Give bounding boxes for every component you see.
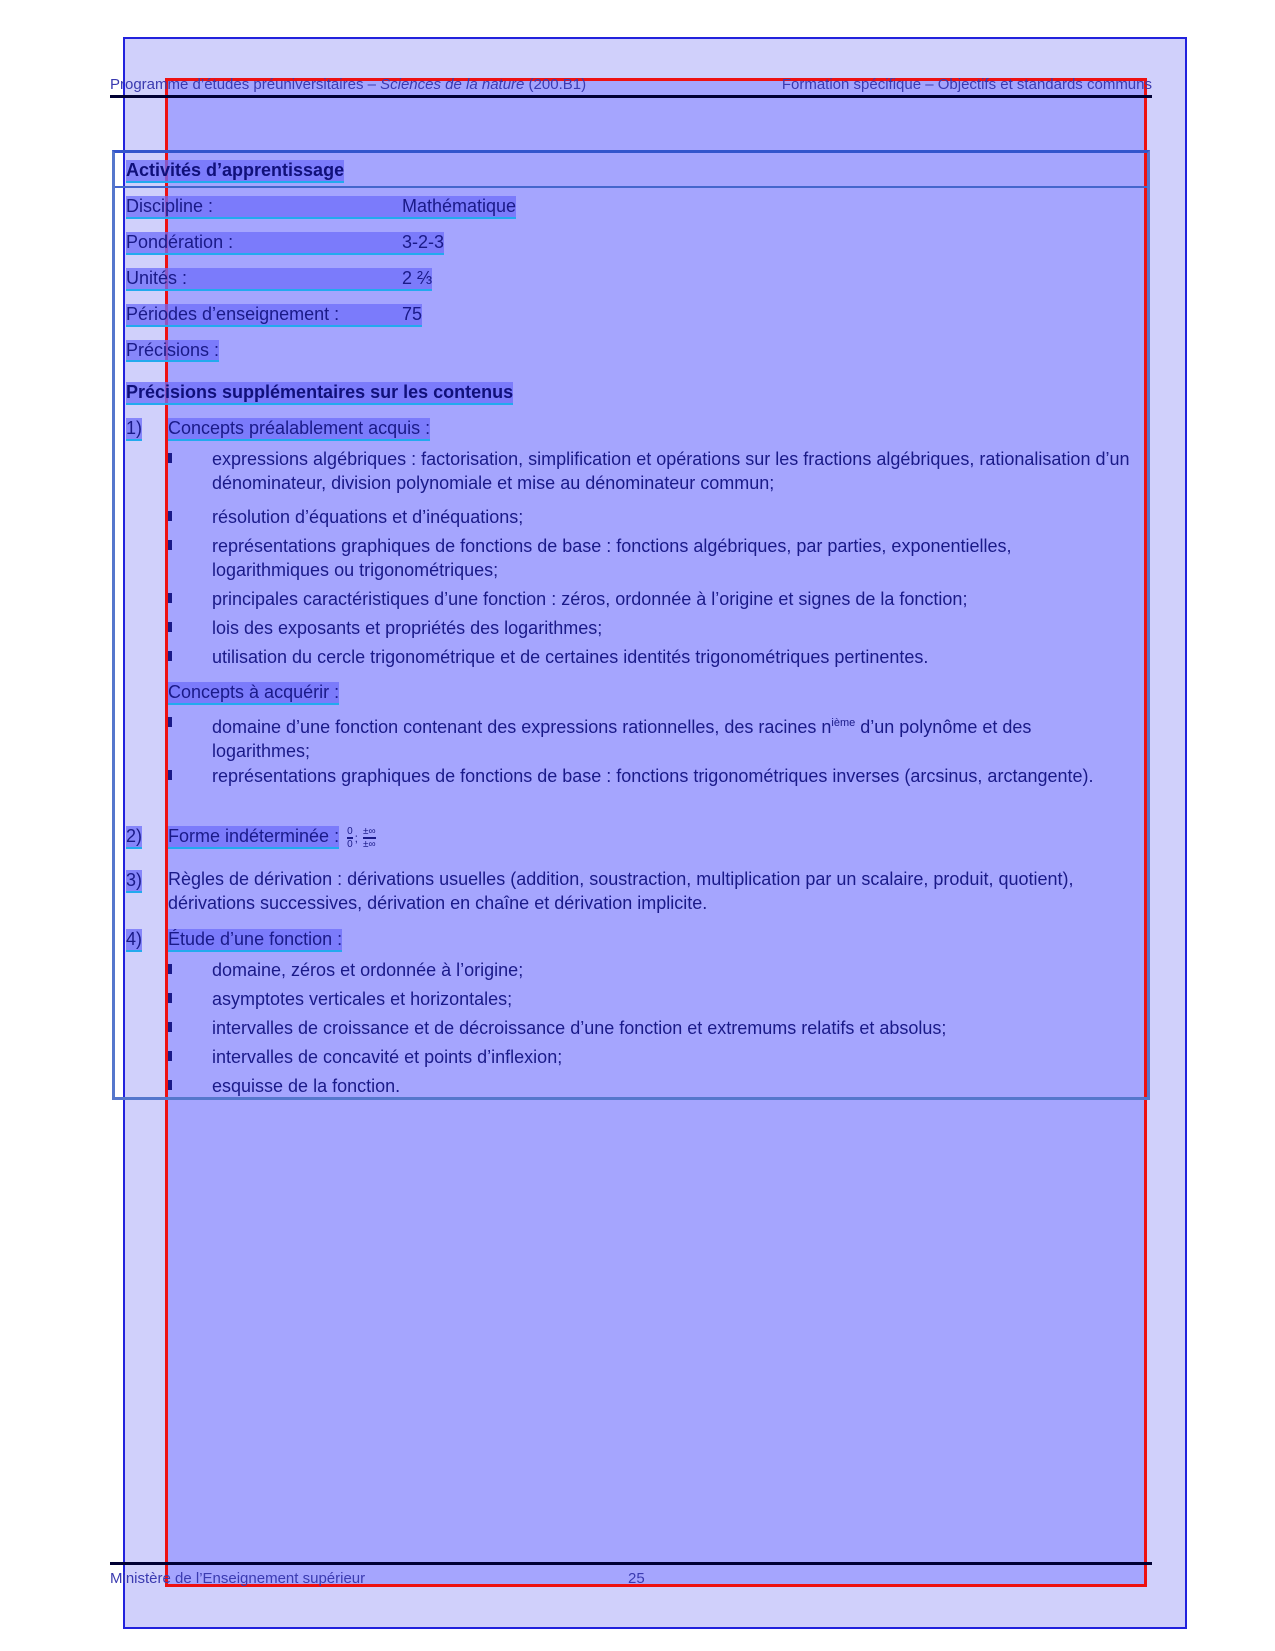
list-item-text: asymptotes verticales et horizontales;: [212, 987, 1132, 1011]
item-subtitle: Concepts à acquérir :: [168, 682, 339, 703]
item-number: 3): [126, 870, 142, 891]
denominator: ±∞: [363, 837, 376, 850]
item-number: 4): [126, 929, 142, 950]
field-value: 75: [402, 304, 422, 325]
item-text: Règles de dérivation : dérivations usuel…: [168, 867, 1098, 915]
indeterminate-forms: 00 ; ±∞±∞: [344, 826, 376, 850]
footer-ministry: Ministère de l’Enseignement supérieur: [110, 1570, 365, 1587]
field-value: Mathématique: [402, 196, 516, 217]
field-label: Discipline :: [126, 196, 402, 217]
box-title-bar: Activités d’apprentissage: [115, 153, 1147, 188]
field-label: Précisions :: [126, 340, 219, 360]
bullet-icon: [168, 1051, 172, 1061]
header-rule: [110, 95, 1152, 98]
list-item-text: intervalles de croissance et de décroiss…: [212, 1016, 1132, 1040]
bullet-icon: [168, 770, 172, 780]
text-before: domaine d’une fonction contenant des exp…: [212, 717, 831, 737]
separator: ;: [355, 831, 358, 845]
activities-box: Activités d’apprentissage Discipline :Ma…: [112, 150, 1150, 1100]
header-program: Programme d’études préuniversitaires – S…: [110, 76, 586, 93]
item-number: 2): [126, 826, 142, 847]
page-footer: Ministère de l’Enseignement supérieur 25: [110, 1562, 1152, 1592]
field-periodes: Périodes d’enseignement :75: [126, 304, 422, 325]
field-label: Périodes d’enseignement :: [126, 304, 402, 325]
bullet-icon: [168, 540, 172, 550]
bullet-icon: [168, 1080, 172, 1090]
bullet-icon: [168, 1022, 172, 1032]
field-ponderation: Pondération :3-2-3: [126, 232, 444, 253]
fraction-infinity: ±∞±∞: [363, 826, 376, 850]
list-item-text: domaine, zéros et ordonnée à l’origine;: [212, 958, 1132, 982]
list-item-text: résolution d’équations et d’inéquations;: [212, 505, 1132, 529]
field-label: Unités :: [126, 268, 402, 289]
superscript: ième: [831, 717, 855, 729]
bullet-icon: [168, 622, 172, 632]
bullet-icon: [168, 651, 172, 661]
list-item-text: domaine d’une fonction contenant des exp…: [212, 711, 1132, 763]
header-program-italic: Sciences de la nature: [380, 76, 524, 93]
field-value: 2 ⅔: [402, 268, 432, 289]
item-number: 1): [126, 418, 142, 439]
footer-rule: [110, 1562, 1152, 1565]
field-unites: Unités :2 ⅔: [126, 268, 432, 289]
numerator: ±∞: [363, 826, 376, 837]
bullet-icon: [168, 717, 172, 727]
field-precisions: Précisions :: [126, 340, 219, 361]
header-section: Formation spécifique – Objectifs et stan…: [782, 76, 1152, 93]
page-number: 25: [628, 1570, 645, 1587]
list-item-text: utilisation du cercle trigonométrique et…: [212, 645, 1132, 669]
bullet-icon: [168, 964, 172, 974]
list-item-text: représentations graphiques de fonctions …: [212, 764, 1132, 788]
list-item-text: esquisse de la fonction.: [212, 1074, 1132, 1098]
list-item-text: expressions algébriques : factorisation,…: [212, 447, 1132, 495]
bullet-icon: [168, 593, 172, 603]
page-header: Programme d’études préuniversitaires – S…: [110, 76, 1152, 96]
field-label: Pondération :: [126, 232, 402, 253]
item-title: Forme indéterminée :: [168, 826, 339, 847]
header-program-text: Programme d’études préuniversitaires –: [110, 76, 380, 93]
field-value: 3-2-3: [402, 232, 444, 253]
numerator: 0: [347, 826, 353, 837]
fraction-zero: 00: [347, 826, 353, 850]
item-title: Concepts préalablement acquis :: [168, 418, 430, 439]
section-title: Précisions supplémentaires sur les conte…: [126, 382, 513, 403]
bullet-icon: [168, 511, 172, 521]
list-item-text: intervalles de concavité et points d’inf…: [212, 1045, 1132, 1069]
field-discipline: Discipline :Mathématique: [126, 196, 516, 217]
bullet-icon: [168, 453, 172, 463]
list-item-text: principales caractéristiques d’une fonct…: [212, 587, 1132, 611]
item-title: Étude d’une fonction :: [168, 929, 342, 950]
box-title: Activités d’apprentissage: [126, 160, 344, 181]
denominator: 0: [347, 837, 353, 850]
item-title-row: Forme indéterminée : 00 ; ±∞±∞: [168, 818, 376, 850]
header-program-code: (200.B1): [524, 76, 586, 93]
list-item-text: représentations graphiques de fonctions …: [212, 534, 1132, 582]
list-item-text: lois des exposants et propriétés des log…: [212, 616, 1132, 640]
bullet-icon: [168, 993, 172, 1003]
